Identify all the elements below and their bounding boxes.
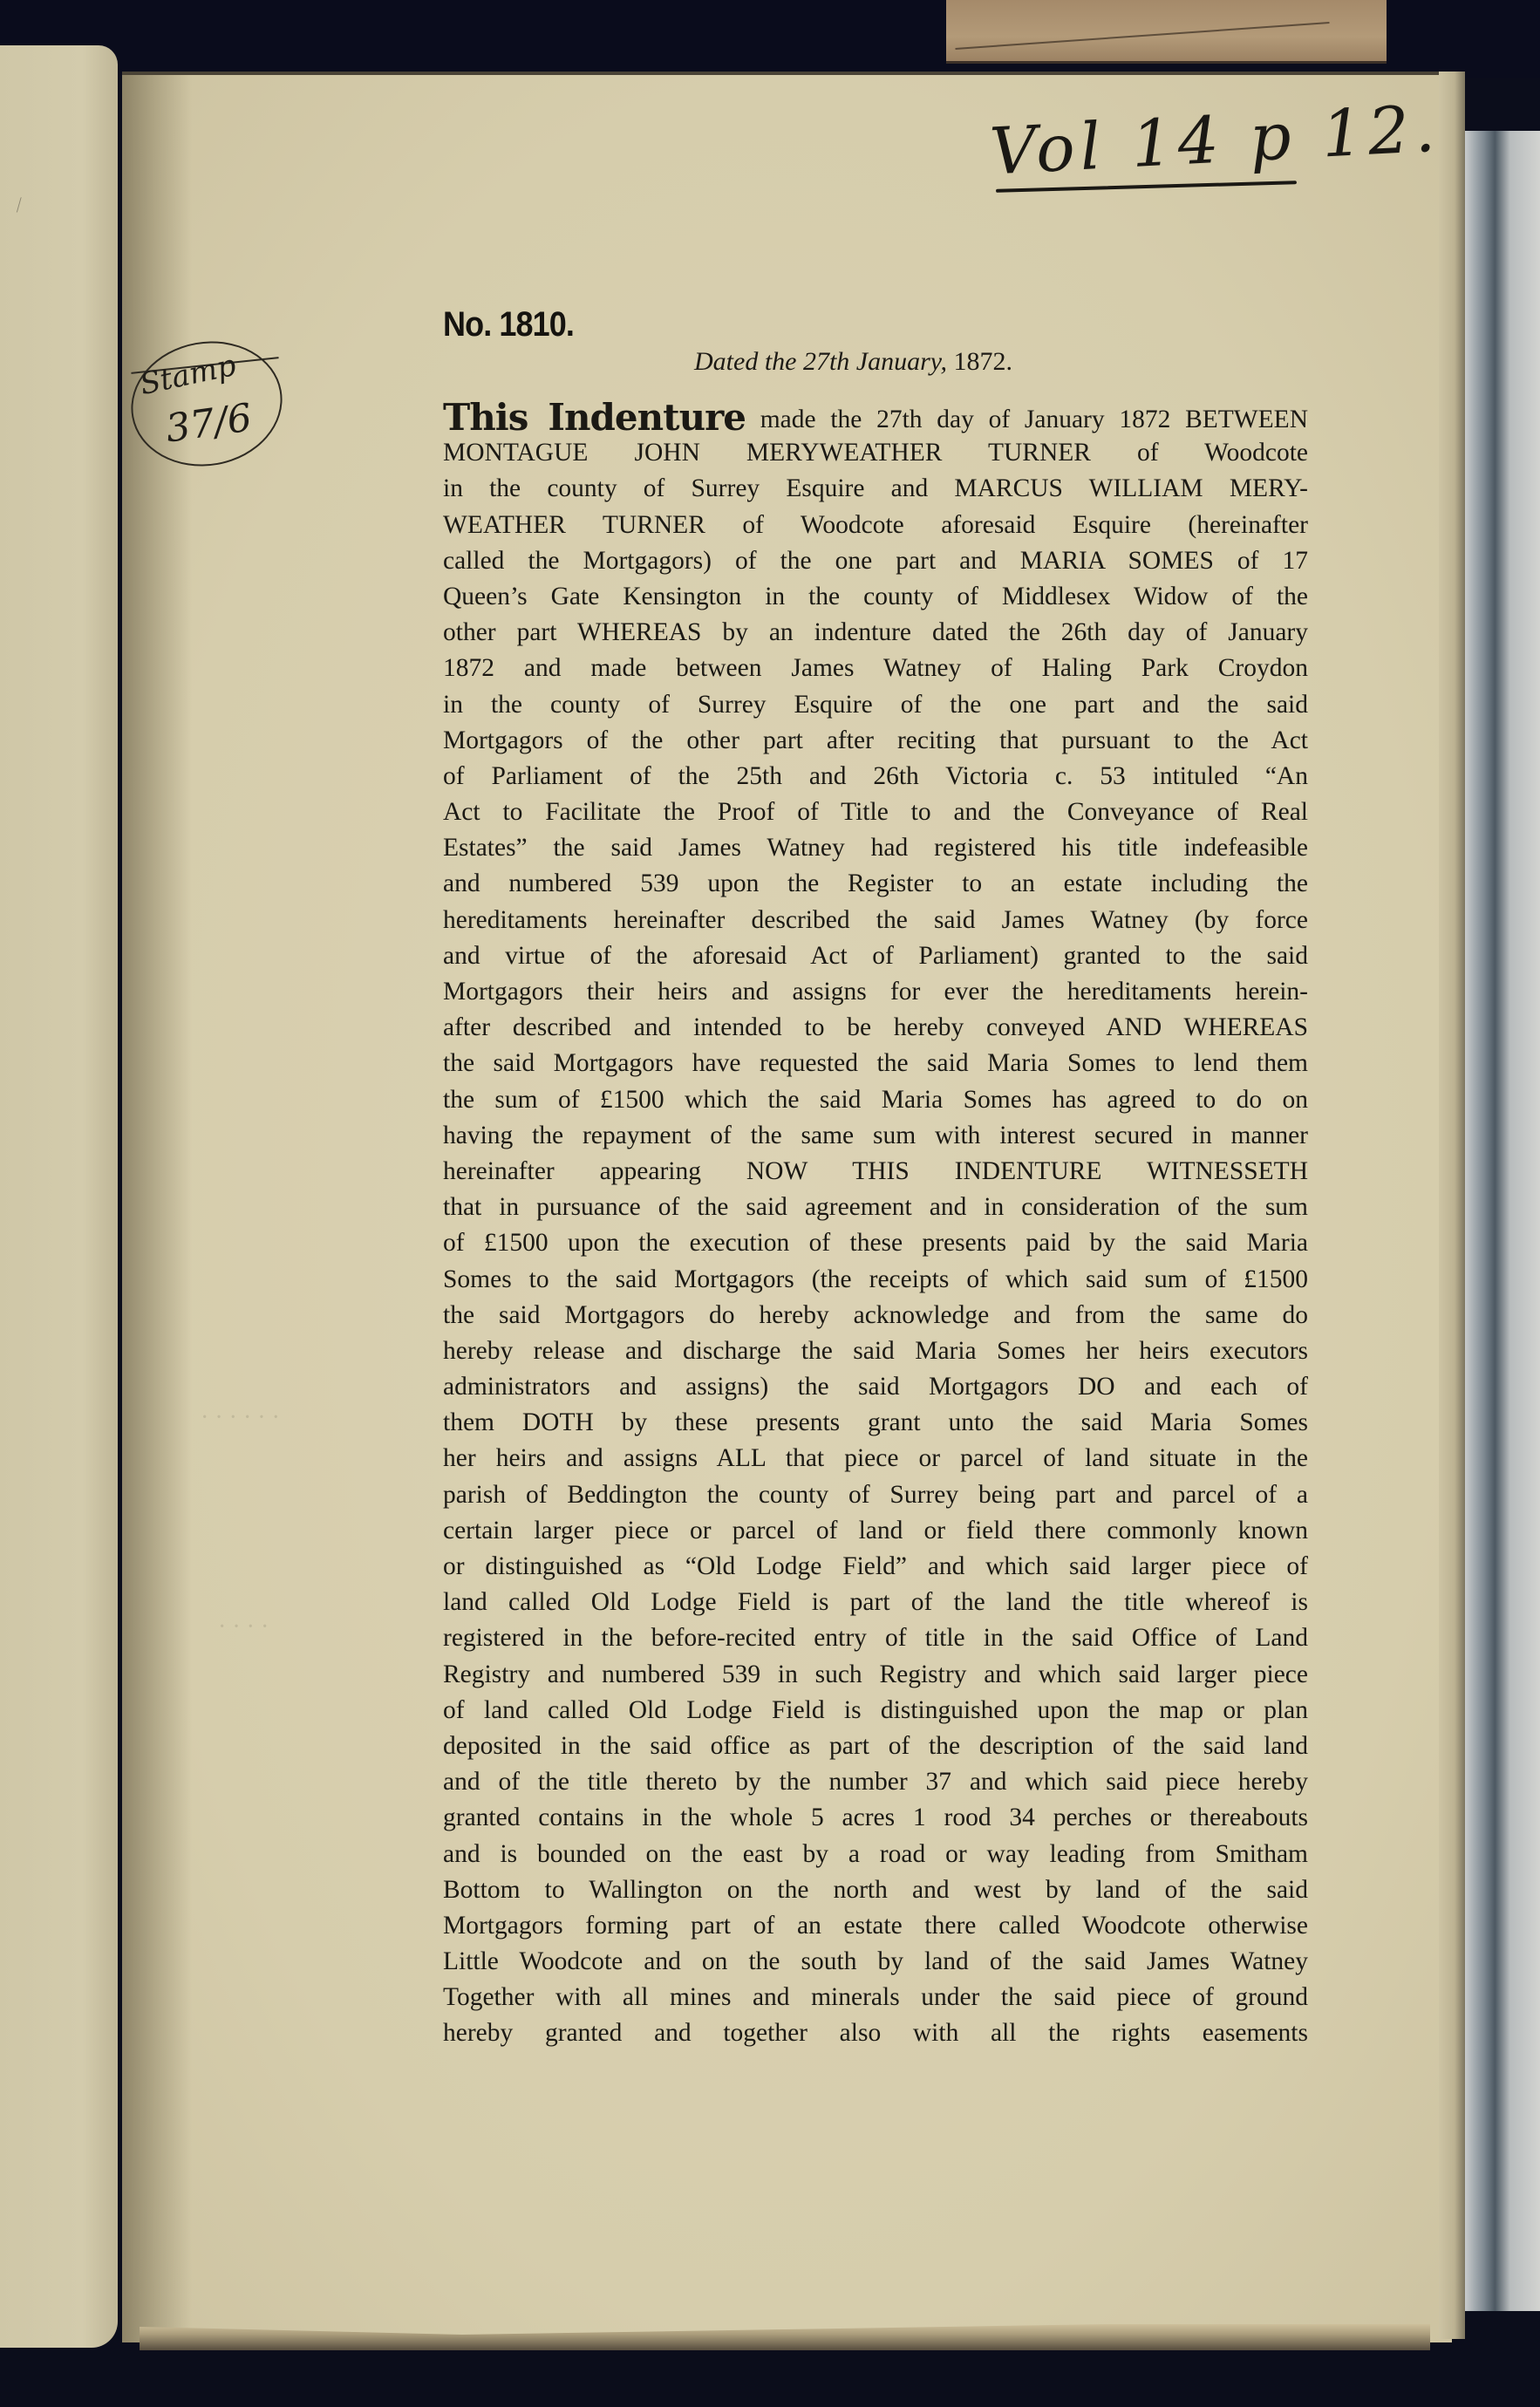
- text-line-content: that in pursuance of the said agreement …: [443, 1190, 1308, 1225]
- text-line: parish of Beddington the county of Surre…: [443, 1477, 1308, 1513]
- text-line-content: hereby granted and together also with al…: [443, 2015, 1308, 2051]
- text-line: hereinafter appearing NOW THIS INDENTURE…: [443, 1154, 1308, 1190]
- text-line-content: Together with all mines and minerals und…: [443, 1980, 1308, 2015]
- text-line: land called Old Lodge Field is part of t…: [443, 1585, 1308, 1620]
- text-line-content: Little Woodcote and on the south by land…: [443, 1944, 1308, 1980]
- text-line-content: other part WHEREAS by an indenture dated…: [443, 615, 1308, 651]
- text-line: hereby release and discharge the said Ma…: [443, 1333, 1308, 1369]
- text-line: and virtue of the aforesaid Act of Parli…: [443, 938, 1308, 974]
- show-through-text: · · · · · ·: [201, 1404, 280, 1432]
- text-line-content: land called Old Lodge Field is part of t…: [443, 1585, 1308, 1620]
- text-line-content: WEATHER TURNER of Woodcote aforesaid Esq…: [443, 508, 1308, 543]
- text-line: hereditaments hereinafter described the …: [443, 903, 1308, 938]
- text-line-content: and of the title thereto by the number 3…: [443, 1764, 1308, 1800]
- text-line: the sum of £1500 which the said Maria So…: [443, 1082, 1308, 1118]
- text-line: the said Mortgagors do hereby acknowledg…: [443, 1298, 1308, 1333]
- text-line: of land called Old Lodge Field is distin…: [443, 1693, 1308, 1729]
- text-line-content: certain larger piece or parcel of land o…: [443, 1513, 1308, 1549]
- text-line-content: granted contains in the whole 5 acres 1 …: [443, 1800, 1308, 1836]
- text-line-content: MONTAGUE JOHN MERYWEATHER TURNER of Wood…: [443, 435, 1308, 471]
- document-number: No. 1810.: [443, 305, 574, 344]
- text-line-content: Somes to the said Mortgagors (the receip…: [443, 1262, 1308, 1298]
- text-line-content: in the county of Surrey Esquire and MARC…: [443, 471, 1308, 507]
- text-line: Mortgagors their heirs and assigns for e…: [443, 974, 1308, 1010]
- text-line-content: parish of Beddington the county of Surre…: [443, 1477, 1308, 1513]
- text-line-content: Mortgagors of the other part after recit…: [443, 723, 1308, 759]
- text-line-content: registered in the before-recited entry o…: [443, 1620, 1308, 1656]
- text-line-content: Mortgagors forming part of an estate the…: [443, 1908, 1308, 1944]
- text-line-content: Registry and numbered 539 in such Regist…: [443, 1657, 1308, 1693]
- text-line: and of the title thereto by the number 3…: [443, 1764, 1308, 1800]
- page-edge-right: [1439, 72, 1465, 2339]
- text-line-content: and virtue of the aforesaid Act of Parli…: [443, 938, 1308, 974]
- text-line-content: the said Mortgagors have requested the s…: [443, 1046, 1308, 1081]
- dated-year: 1872.: [953, 347, 1012, 376]
- text-line-content: Bottom to Wallington on the north and we…: [443, 1872, 1308, 1908]
- indenture-body: This Indenture made the 27th day of Janu…: [443, 399, 1308, 2052]
- text-line: administrators and assigns) the said Mor…: [443, 1369, 1308, 1405]
- text-line: them DOTH by these presents grant unto t…: [443, 1405, 1308, 1441]
- text-line: deposited in the said office as part of …: [443, 1729, 1308, 1764]
- text-line: after described and intended to be hereb…: [443, 1010, 1308, 1046]
- text-line-content: in the county of Surrey Esquire of the o…: [443, 687, 1308, 723]
- text-line: of Parliament of the 25th and 26th Victo…: [443, 759, 1308, 794]
- text-line: in the county of Surrey Esquire of the o…: [443, 687, 1308, 723]
- text-line: Queen’s Gate Kensington in the county of…: [443, 579, 1308, 615]
- text-line: This Indenture made the 27th day of Janu…: [443, 399, 1308, 435]
- text-line: Registry and numbered 539 in such Regist…: [443, 1657, 1308, 1693]
- text-line: Bottom to Wallington on the north and we…: [443, 1872, 1308, 1908]
- text-line-content: administrators and assigns) the said Mor…: [443, 1369, 1308, 1405]
- text-line: hereby granted and together also with al…: [443, 2015, 1308, 2051]
- text-line-content: of Parliament of the 25th and 26th Victo…: [443, 759, 1308, 794]
- text-line-content: of land called Old Lodge Field is distin…: [443, 1693, 1308, 1729]
- text-line: that in pursuance of the said agreement …: [443, 1190, 1308, 1225]
- text-line: WEATHER TURNER of Woodcote aforesaid Esq…: [443, 508, 1308, 543]
- text-line-content: or distinguished as “Old Lodge Field” an…: [443, 1549, 1308, 1585]
- text-line-content: Estates” the said James Watney had regis…: [443, 830, 1308, 866]
- text-line: her heirs and assigns ALL that piece or …: [443, 1441, 1308, 1476]
- text-line: granted contains in the whole 5 acres 1 …: [443, 1800, 1308, 1836]
- text-line: and is bounded on the east by a road or …: [443, 1837, 1308, 1872]
- text-line-content: 1872 and made between James Watney of Ha…: [443, 651, 1308, 686]
- text-line-content: after described and intended to be hereb…: [443, 1010, 1308, 1046]
- text-line: Act to Facilitate the Proof of Title to …: [443, 794, 1308, 830]
- pencil-mark: ⁄: [14, 194, 24, 216]
- dated-prefix: Dated the 27th January,: [694, 347, 947, 376]
- text-line: 1872 and made between James Watney of Ha…: [443, 651, 1308, 686]
- text-line-content: deposited in the said office as part of …: [443, 1729, 1308, 1764]
- text-line: of £1500 upon the execution of these pre…: [443, 1225, 1308, 1261]
- text-line-content: This Indenture made the 27th day of Janu…: [443, 399, 1308, 438]
- text-line-content: Queen’s Gate Kensington in the county of…: [443, 579, 1308, 615]
- text-line-content: the said Mortgagors do hereby acknowledg…: [443, 1298, 1308, 1333]
- text-line-content: them DOTH by these presents grant unto t…: [443, 1405, 1308, 1441]
- text-line-content: hereditaments hereinafter described the …: [443, 903, 1308, 938]
- text-line: certain larger piece or parcel of land o…: [443, 1513, 1308, 1549]
- text-line-content: of £1500 upon the execution of these pre…: [443, 1225, 1308, 1261]
- binding-tab-flap: [946, 0, 1387, 64]
- text-line-content: Act to Facilitate the Proof of Title to …: [443, 794, 1308, 830]
- text-line-content: the sum of £1500 which the said Maria So…: [443, 1082, 1308, 1118]
- text-line-content: and is bounded on the east by a road or …: [443, 1837, 1308, 1872]
- text-line: Somes to the said Mortgagors (the receip…: [443, 1262, 1308, 1298]
- adjacent-right-page: [1465, 131, 1540, 2311]
- text-line: having the repayment of the same sum wit…: [443, 1118, 1308, 1154]
- text-line-content: and numbered 539 upon the Register to an…: [443, 866, 1308, 902]
- text-line-content: having the repayment of the same sum wit…: [443, 1118, 1308, 1154]
- text-line: the said Mortgagors have requested the s…: [443, 1046, 1308, 1081]
- text-line-content: her heirs and assigns ALL that piece or …: [443, 1441, 1308, 1476]
- text-line-content: hereinafter appearing NOW THIS INDENTURE…: [443, 1154, 1308, 1190]
- text-line: Mortgagors forming part of an estate the…: [443, 1908, 1308, 1944]
- text-line-content: called the Mortgagors) of the one part a…: [443, 543, 1308, 579]
- text-line: other part WHEREAS by an indenture dated…: [443, 615, 1308, 651]
- text-line: Together with all mines and minerals und…: [443, 1980, 1308, 2015]
- text-line: in the county of Surrey Esquire and MARC…: [443, 471, 1308, 507]
- dated-line: Dated the 27th January, 1872.: [694, 347, 1012, 377]
- show-through-text: · · · ·: [218, 1613, 269, 1641]
- text-line: MONTAGUE JOHN MERYWEATHER TURNER of Wood…: [443, 435, 1308, 471]
- text-line: registered in the before-recited entry o…: [443, 1620, 1308, 1656]
- text-line-content: hereby release and discharge the said Ma…: [443, 1333, 1308, 1369]
- text-line: Estates” the said James Watney had regis…: [443, 830, 1308, 866]
- opening-words-blackletter: This Indenture: [443, 396, 746, 439]
- adjacent-left-page: ⁄: [0, 45, 118, 2348]
- text-line: Little Woodcote and on the south by land…: [443, 1944, 1308, 1980]
- text-line: and numbered 539 upon the Register to an…: [443, 866, 1308, 902]
- text-line: called the Mortgagors) of the one part a…: [443, 543, 1308, 579]
- text-line: Mortgagors of the other part after recit…: [443, 723, 1308, 759]
- text-line: or distinguished as “Old Lodge Field” an…: [443, 1549, 1308, 1585]
- text-line-content: Mortgagors their heirs and assigns for e…: [443, 974, 1308, 1010]
